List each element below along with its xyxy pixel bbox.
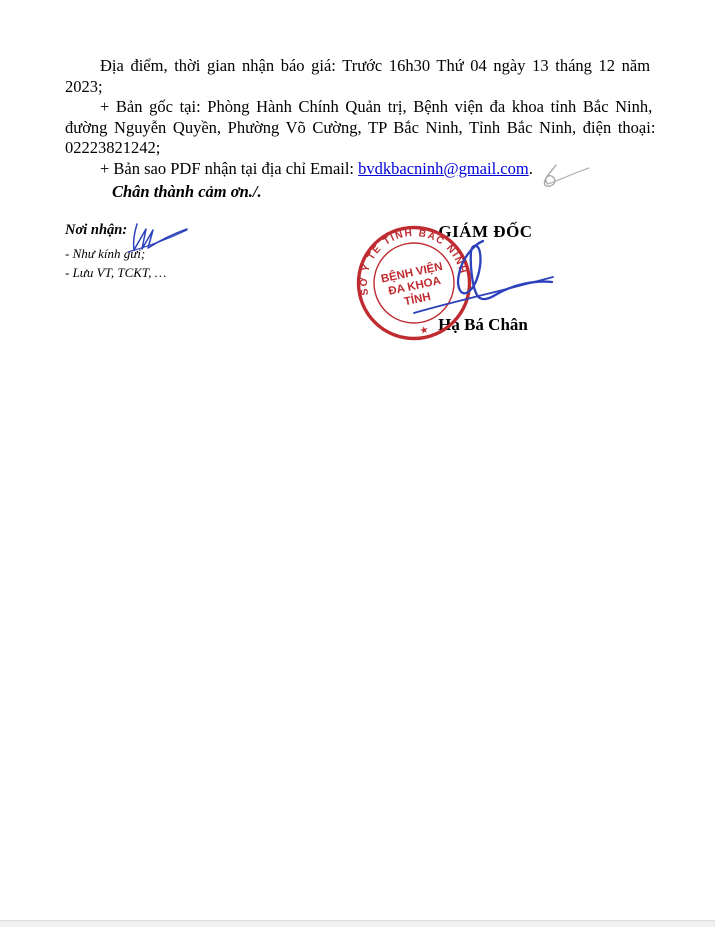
closing-line: Chân thành cảm ơn./. [65, 182, 687, 203]
pdf-line-prefix: + Bản sao PDF nhận tại địa chỉ Email: [100, 159, 358, 178]
recipients-block: Nơi nhận: - Như kính gửi; - Lưu VT, TCKT… [65, 222, 166, 283]
paragraph-original-line1: + Bản gốc tại: Phòng Hành Chính Quản trị… [65, 97, 687, 118]
page-bottom-edge [0, 920, 715, 927]
stamp-star-icon: ★ [419, 325, 430, 338]
hospital-stamp-seal: SỞ Y TẾ TỈNH BẮC NINH ★ BỆNH VIỆN ĐA KHO… [352, 221, 476, 345]
pdf-line-suffix: . [529, 159, 533, 178]
paragraph-original-line2: đường Nguyễn Quyền, Phường Võ Cường, TP … [65, 118, 687, 139]
recipients-item-1: - Như kính gửi; [65, 245, 166, 262]
paragraph-pdf-line: + Bản sao PDF nhận tại địa chỉ Email: bv… [65, 159, 687, 180]
email-link[interactable]: bvdkbacninh@gmail.com [358, 159, 529, 178]
letter-body: Địa điểm, thời gian nhận báo giá: Trước … [65, 56, 687, 203]
document-page: Địa điểm, thời gian nhận báo giá: Trước … [0, 0, 715, 927]
paragraph-location-line1: Địa điểm, thời gian nhận báo giá: Trước … [65, 56, 687, 77]
recipients-item-2: - Lưu VT, TCKT, … [65, 264, 166, 281]
recipients-title: Nơi nhận: [65, 222, 166, 239]
paragraph-original-line3: 02223821242; [65, 138, 687, 159]
paragraph-location-line2: 2023; [65, 77, 687, 98]
